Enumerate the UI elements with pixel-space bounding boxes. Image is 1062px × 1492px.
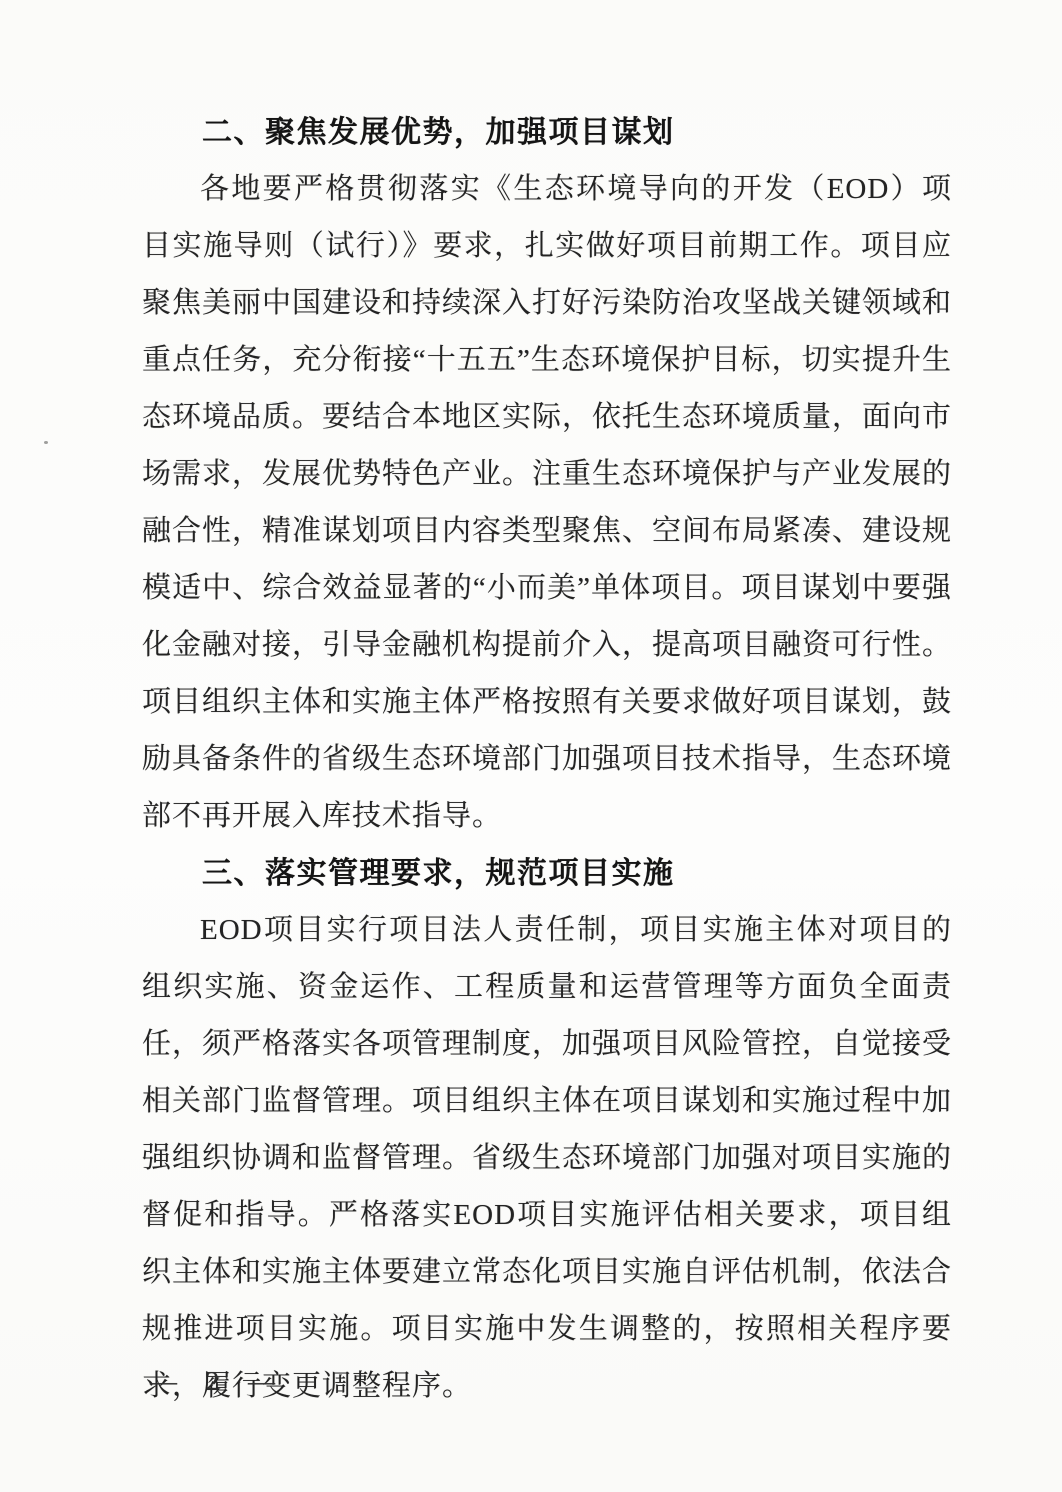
document-page: 二、聚焦发展优势，加强项目谋划 各地要严格贯彻落实《生态环境导向的开发（EOD）… (0, 0, 1062, 1492)
scan-speck (44, 441, 48, 444)
section-paragraph-3: EOD项目实行项目法人责任制，项目实施主体对项目的组织实施、资金运作、工程质量和… (142, 902, 952, 1415)
section-heading-2: 二、聚焦发展优势，加强项目谋划 (142, 104, 952, 161)
section-paragraph-2: 各地要严格贯彻落实《生态环境导向的开发（EOD）项目实施导则（试行）》要求，扎实… (142, 161, 952, 845)
section-management-requirements: 三、落实管理要求，规范项目实施 EOD项目实行项目法人责任制，项目实施主体对项目… (142, 845, 952, 1415)
page-number: — 2 — (150, 1366, 277, 1397)
section-heading-3: 三、落实管理要求，规范项目实施 (142, 845, 952, 902)
document-body: 二、聚焦发展优势，加强项目谋划 各地要严格贯彻落实《生态环境导向的开发（EOD）… (142, 104, 952, 1415)
section-focus-development: 二、聚焦发展优势，加强项目谋划 各地要严格贯彻落实《生态环境导向的开发（EOD）… (142, 104, 952, 845)
